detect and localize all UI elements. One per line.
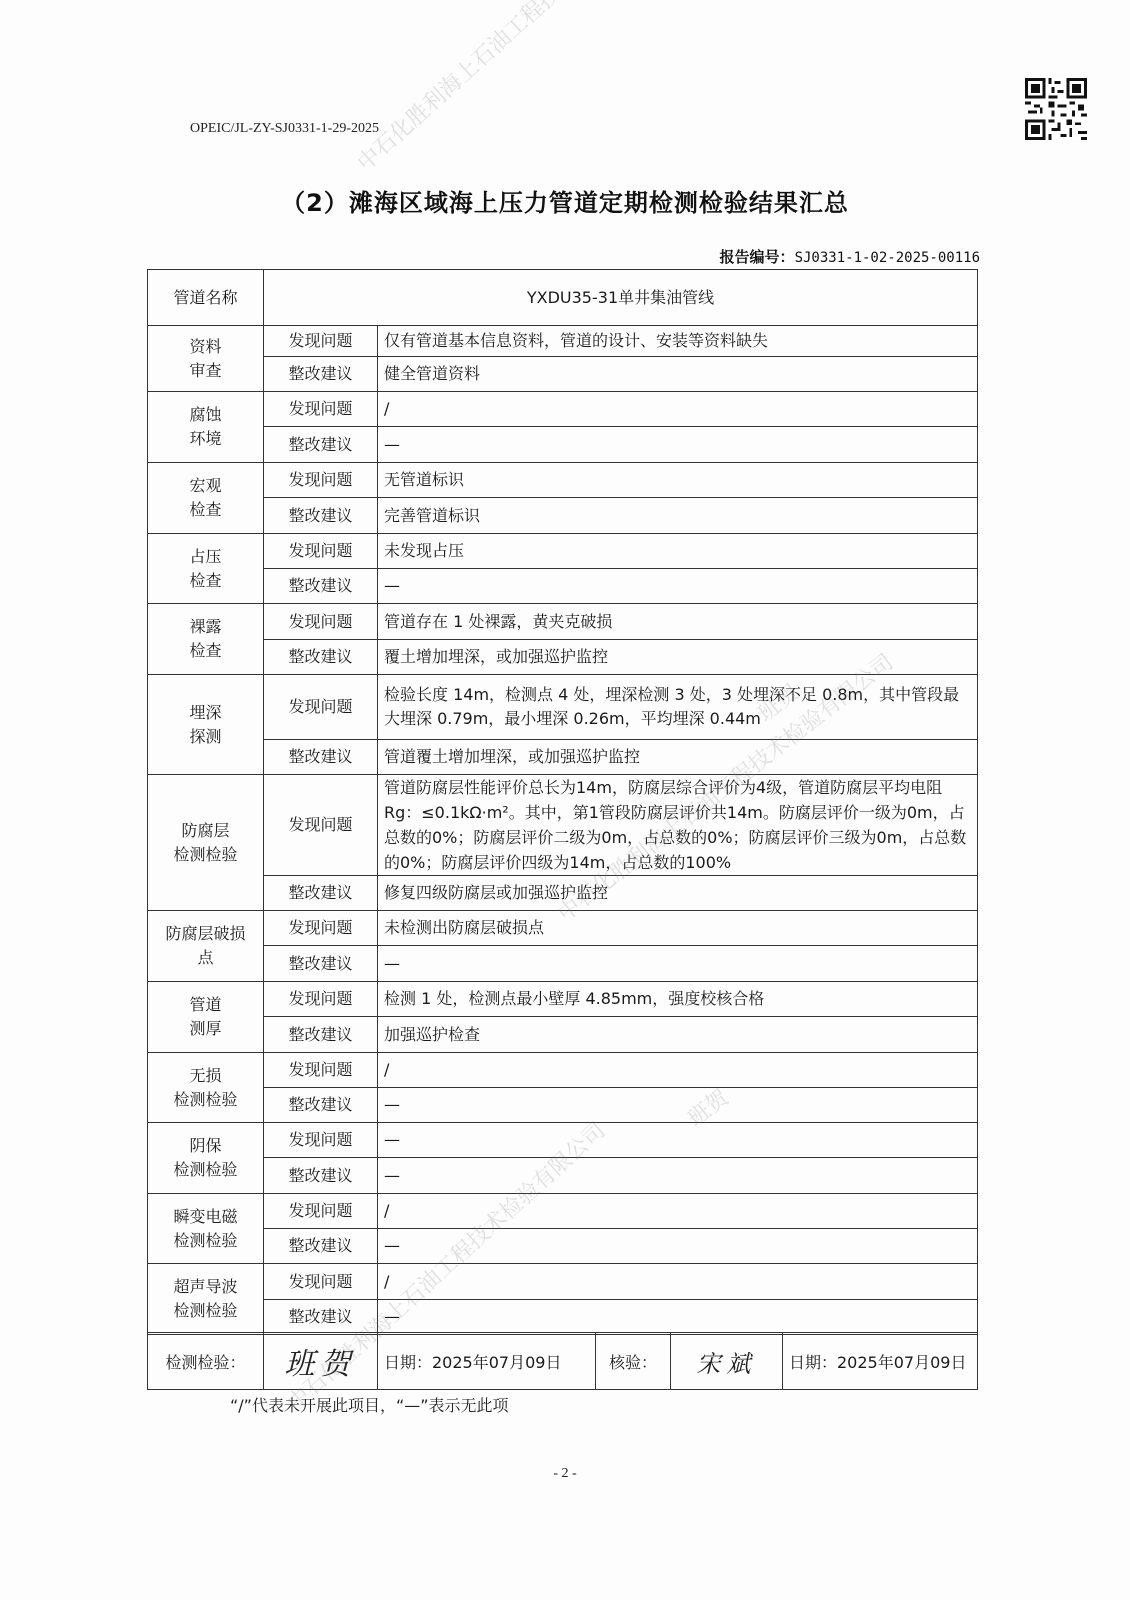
suggest-label: 整改建议	[264, 1088, 378, 1123]
suggest-label: 整改建议	[264, 357, 378, 392]
category-cell: 资料审查	[148, 326, 264, 392]
suggest-label: 整改建议	[264, 1017, 378, 1053]
suggest-value: —	[378, 1158, 978, 1194]
page-number: - 2 -	[0, 1466, 1130, 1482]
reviewer-label: 核验：	[596, 1333, 671, 1390]
found-value: 未检测出防腐层破损点	[378, 911, 978, 946]
suggest-label: 整改建议	[264, 740, 378, 775]
found-value: —	[378, 1123, 978, 1158]
table-row: 阴保检测检验 发现问题 —	[148, 1123, 978, 1158]
table-row: 整改建议 修复四级防腐层或加强巡护监控	[148, 876, 978, 911]
inspection-summary-table: 管道名称 YXDU35-31单井集油管线 资料审查 发现问题 仅有管道基本信息资…	[147, 269, 978, 1335]
suggest-value: —	[378, 569, 978, 604]
category-cell: 宏观检查	[148, 463, 264, 534]
table-row: 整改建议 —	[148, 1088, 978, 1123]
category-cell: 无损检测检验	[148, 1053, 264, 1123]
pipeline-name-row: 管道名称 YXDU35-31单井集油管线	[148, 270, 978, 326]
document-code: OPEIC/JL-ZY-SJ0331-1-29-2025	[190, 121, 379, 137]
category-cell: 瞬变电磁检测检验	[148, 1194, 264, 1264]
category-cell: 超声导波检测检验	[148, 1264, 264, 1335]
table-row: 整改建议 加强巡护检查	[148, 1017, 978, 1053]
watermark: 中石化胜利海上石油工程技术检验有限公司	[350, 0, 681, 177]
found-value: /	[378, 1194, 978, 1229]
category-cell: 防腐层检测检验	[148, 775, 264, 911]
found-label: 发现问题	[264, 463, 378, 498]
table-row: 整改建议 覆土增加埋深，或加强巡护监控	[148, 640, 978, 675]
report-number-label: 报告编号：	[720, 248, 795, 266]
page-title: （2）滩海区域海上压力管道定期检测检验结果汇总	[0, 183, 1130, 218]
table-row: 整改建议 —	[148, 569, 978, 604]
category-cell: 管道测厚	[148, 982, 264, 1053]
inspector-date: 日期：2025年07月09日	[378, 1333, 596, 1390]
found-value: 无管道标识	[378, 463, 978, 498]
table-row: 裸露检查 发现问题 管道存在 1 处裸露，黄夹克破损	[148, 604, 978, 640]
table-row: 整改建议 管道覆土增加埋深，或加强巡护监控	[148, 740, 978, 775]
suggest-value: —	[378, 1229, 978, 1264]
suggest-value: —	[378, 1088, 978, 1123]
table-row: 腐蚀环境 发现问题 /	[148, 392, 978, 427]
found-value: 管道存在 1 处裸露，黄夹克破损	[378, 604, 978, 640]
found-value: 仅有管道基本信息资料，管道的设计、安装等资料缺失	[378, 326, 978, 357]
category-cell: 阴保检测检验	[148, 1123, 264, 1194]
inspector-signature: 班贺	[264, 1333, 378, 1390]
found-label: 发现问题	[264, 911, 378, 946]
found-value: /	[378, 1053, 978, 1088]
found-label: 发现问题	[264, 675, 378, 740]
table-row: 防腐层破损点 发现问题 未检测出防腐层破损点	[148, 911, 978, 946]
category-cell: 裸露检查	[148, 604, 264, 675]
table-row: 整改建议 —	[148, 427, 978, 463]
table-row: 防腐层检测检验 发现问题 管道防腐层性能评价总长为14m，防腐层综合评价为4级，…	[148, 775, 978, 876]
suggest-value: 管道覆土增加埋深，或加强巡护监控	[378, 740, 978, 775]
table-row: 占压检查 发现问题 未发现占压	[148, 534, 978, 569]
pipeline-name-label: 管道名称	[148, 270, 264, 326]
found-value: 管道防腐层性能评价总长为14m，防腐层综合评价为4级，管道防腐层平均电阻Rg：≤…	[378, 775, 978, 876]
qr-code-icon	[1024, 78, 1088, 140]
pipeline-name-value: YXDU35-31单井集油管线	[264, 270, 978, 326]
suggest-label: 整改建议	[264, 1158, 378, 1194]
found-label: 发现问题	[264, 326, 378, 357]
category-cell: 防腐层破损点	[148, 911, 264, 982]
table-row: 整改建议 完善管道标识	[148, 498, 978, 534]
suggest-value: —	[378, 946, 978, 982]
suggest-value: 完善管道标识	[378, 498, 978, 534]
report-number-value: SJ0331-1-02-2025-00116	[795, 250, 980, 266]
reviewer-signature: 宋斌	[671, 1333, 783, 1390]
table-row: 宏观检查 发现问题 无管道标识	[148, 463, 978, 498]
suggest-label: 整改建议	[264, 498, 378, 534]
category-cell: 埋深探测	[148, 675, 264, 775]
suggest-label: 整改建议	[264, 1229, 378, 1264]
suggest-label: 整改建议	[264, 427, 378, 463]
suggest-label: 整改建议	[264, 640, 378, 675]
suggest-label: 整改建议	[264, 876, 378, 911]
found-label: 发现问题	[264, 534, 378, 569]
found-label: 发现问题	[264, 982, 378, 1017]
found-label: 发现问题	[264, 775, 378, 876]
suggest-value: 修复四级防腐层或加强巡护监控	[378, 876, 978, 911]
table-row: 无损检测检验 发现问题 /	[148, 1053, 978, 1088]
found-value: /	[378, 1264, 978, 1300]
suggest-value: —	[378, 427, 978, 463]
signoff-table: 检测检验： 班贺 日期：2025年07月09日 核验： 宋斌 日期：2025年0…	[147, 1332, 978, 1390]
suggest-value: 覆土增加埋深，或加强巡护监控	[378, 640, 978, 675]
found-value: 未发现占压	[378, 534, 978, 569]
table-row: 管道测厚 发现问题 检测 1 处，检测点最小壁厚 4.85mm，强度校核合格	[148, 982, 978, 1017]
table-row: 整改建议 健全管道资料	[148, 357, 978, 392]
suggest-value: 加强巡护检查	[378, 1017, 978, 1053]
suggest-value: 健全管道资料	[378, 357, 978, 392]
found-value: 检验长度 14m，检测点 4 处，埋深检测 3 处，3 处埋深不足 0.8m，其…	[378, 675, 978, 740]
suggest-label: 整改建议	[264, 946, 378, 982]
suggest-label: 整改建议	[264, 1300, 378, 1335]
category-cell: 占压检查	[148, 534, 264, 604]
table-row: 整改建议 —	[148, 1229, 978, 1264]
table-row: 超声导波检测检验 发现问题 /	[148, 1264, 978, 1300]
suggest-label: 整改建议	[264, 569, 378, 604]
found-label: 发现问题	[264, 1264, 378, 1300]
report-number: 报告编号：SJ0331-1-02-2025-00116	[720, 246, 980, 267]
found-label: 发现问题	[264, 1053, 378, 1088]
table-row: 埋深探测 发现问题 检验长度 14m，检测点 4 处，埋深检测 3 处，3 处埋…	[148, 675, 978, 740]
found-label: 发现问题	[264, 604, 378, 640]
suggest-value: —	[378, 1300, 978, 1335]
found-label: 发现问题	[264, 1194, 378, 1229]
inspector-label: 检测检验：	[148, 1333, 264, 1390]
found-label: 发现问题	[264, 1123, 378, 1158]
table-row: 资料审查 发现问题 仅有管道基本信息资料，管道的设计、安装等资料缺失	[148, 326, 978, 357]
found-value: /	[378, 392, 978, 427]
table-row: 整改建议 —	[148, 946, 978, 982]
table-row: 整改建议 —	[148, 1300, 978, 1335]
table-row: 整改建议 —	[148, 1158, 978, 1194]
reviewer-date: 日期：2025年07月09日	[783, 1333, 978, 1390]
legend-note: “/”代表未开展此项目，“—”表示无此项	[230, 1393, 509, 1416]
category-cell: 腐蚀环境	[148, 392, 264, 463]
table-row: 瞬变电磁检测检验 发现问题 /	[148, 1194, 978, 1229]
found-label: 发现问题	[264, 392, 378, 427]
found-value: 检测 1 处，检测点最小壁厚 4.85mm，强度校核合格	[378, 982, 978, 1017]
